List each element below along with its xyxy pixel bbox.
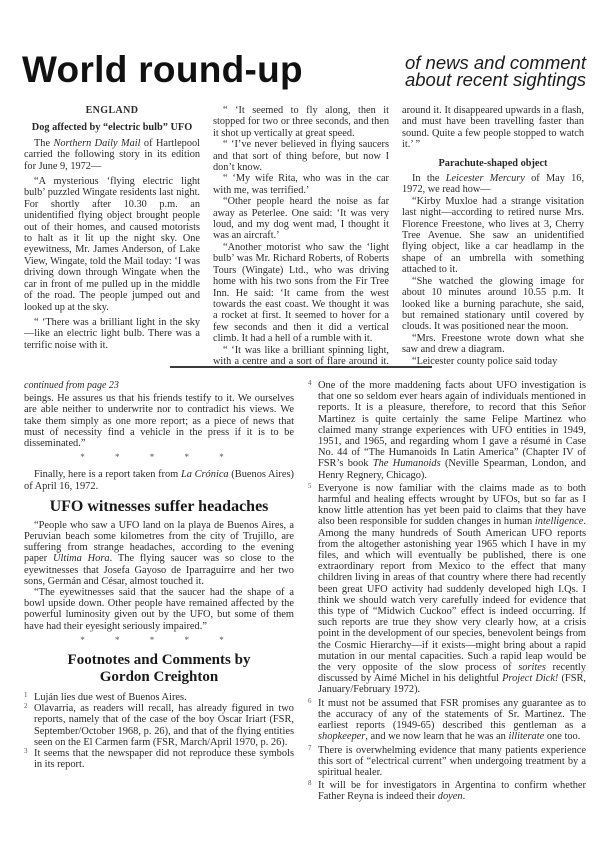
footnote-text: One of the more maddening facts about UF… [318, 380, 586, 469]
story-paragraph: “Mrs. Freestone wrote down what she saw … [402, 333, 584, 356]
story-paragraph-continued: around it. It disappeared upwards in a f… [402, 105, 584, 151]
footnote-text: . Among the many hundreds of South Ameri… [318, 516, 586, 673]
source-name: Northern Daily Mail [53, 138, 140, 149]
story-headline: Dog affected by “electric bulb” UFO [24, 122, 200, 133]
heading-line: Gordon Creighton [100, 669, 218, 685]
emphasis: doyen [438, 791, 463, 802]
story-paragraph: “A mysterious ‘flying electric light bul… [24, 176, 200, 313]
story-paragraph: “ ‘It seemed to fly along, then it stopp… [213, 105, 389, 139]
footnote-5: 5Everyone is now familiar with the claim… [308, 483, 586, 696]
story-paragraph: “ ‘It was like a brilliant spinning ligh… [213, 345, 389, 368]
section-divider [170, 366, 432, 368]
book-title: The Humanoids [373, 458, 441, 469]
story-paragraph: “ ‘My wife Rita, who was in the car with… [213, 173, 389, 196]
footnote-number: 2 [24, 701, 28, 712]
story-intro: The Northern Daily Mail of Hartlepool ca… [24, 138, 200, 172]
page-title: World round-up [22, 48, 303, 92]
footnote-text: It must not be assumed that FSR promises… [318, 698, 586, 731]
source-name: Leicester Mercury [446, 173, 525, 184]
footnote-number: 8 [308, 778, 312, 789]
footnote-4: 4One of the more maddening facts about U… [308, 380, 586, 481]
continued-label: continued from page 23 [24, 380, 294, 391]
emphasis: Project Dick! [502, 673, 558, 684]
story-paragraph: “ ‘I’ve never believed in flying saucers… [213, 139, 389, 173]
footnote-6: 6It must not be assumed that FSR promise… [308, 698, 586, 743]
footnote-text: , and we now learn that he was an [365, 731, 508, 742]
footnotes-heading: Footnotes and Comments byGordon Creighto… [24, 652, 294, 686]
top-column-2: “ ‘It seemed to fly along, then it stopp… [213, 105, 389, 367]
subtitle-line-2: about recent sightings [405, 71, 586, 88]
intro-text: In the [412, 173, 446, 184]
source-name: Última Hora [53, 553, 110, 564]
page-subtitle: of news and comment about recent sightin… [405, 54, 586, 88]
continued-text: beings. He assures us that his friends t… [24, 393, 294, 449]
footnote-text: one too. [544, 731, 580, 742]
footnote-number: 5 [308, 481, 312, 492]
story-paragraph: “Another motorist who saw the ‘light bul… [213, 242, 389, 345]
footnote-3: 3It seems that the newspaper did not rep… [24, 748, 294, 770]
heading-line: Footnotes and Comments by [68, 652, 251, 668]
footnote-text: It seems that the newspaper did not repr… [34, 748, 294, 770]
intro-text: The [34, 138, 53, 149]
report-intro: Finally, here is a report taken from La … [24, 469, 294, 491]
report-headline: UFO witnesses suffer headaches [24, 498, 294, 515]
footnote-2: 2Olavarria, as readers will recall, has … [24, 703, 294, 748]
footnote-text: There is overwhelming evidence that many… [318, 745, 586, 778]
section-label-england: ENGLAND [24, 105, 200, 116]
emphasis: sorites [518, 662, 546, 673]
story-paragraph: “Kirby Muxloe had a strange visitation l… [402, 196, 584, 276]
story-paragraph: “She watched the glowing image for about… [402, 276, 584, 333]
footnote-number: 4 [308, 378, 312, 389]
story-paragraph: “ ‘There was a brilliant light in the sk… [24, 317, 200, 351]
footnote-1: 1Luján lies due west of Buenos Aires. [24, 692, 294, 703]
separator-stars: * * * * * [24, 452, 294, 463]
top-column-3: around it. It disappeared upwards in a f… [402, 105, 584, 367]
top-column-1: ENGLAND Dog affected by “electric bulb” … [24, 105, 200, 351]
page-header: World round-up of news and comment about… [22, 52, 592, 100]
footnote-7: 7There is overwhelming evidence that man… [308, 745, 586, 779]
separator-stars: * * * * * [24, 635, 294, 646]
emphasis: shopkeeper [318, 731, 365, 742]
intro-text: Finally, here is a report taken from [34, 469, 181, 480]
footnote-8: 8It will be for investigators in Argenti… [308, 780, 586, 802]
emphasis: illiterate [508, 731, 544, 742]
story-intro: In the Leicester Mercury of May 16, 1972… [402, 173, 584, 196]
bottom-column-2: 4One of the more maddening facts about U… [308, 380, 586, 805]
report-paragraph: “The eyewitnesses said that the saucer h… [24, 587, 294, 632]
report-paragraph: “People who saw a UFO land on la playa d… [24, 520, 294, 587]
footnote-number: 1 [24, 690, 28, 701]
source-name: La Crónica [181, 469, 229, 480]
footnote-text: Olavarria, as readers will recall, has a… [34, 703, 294, 748]
story-headline: Parachute-shaped object [402, 158, 584, 169]
bottom-column-1: continued from page 23 beings. He assure… [24, 380, 294, 770]
magazine-page: World round-up of news and comment about… [0, 0, 600, 850]
footnote-text: . [463, 791, 466, 802]
story-paragraph: “Other people heard the noise as far awa… [213, 196, 389, 242]
footnote-text: Luján lies due west of Buenos Aires. [34, 692, 187, 703]
footnote-number: 6 [308, 696, 312, 707]
footnote-number: 7 [308, 743, 312, 754]
footnote-number: 3 [24, 746, 28, 757]
emphasis: intelligence [535, 516, 583, 527]
